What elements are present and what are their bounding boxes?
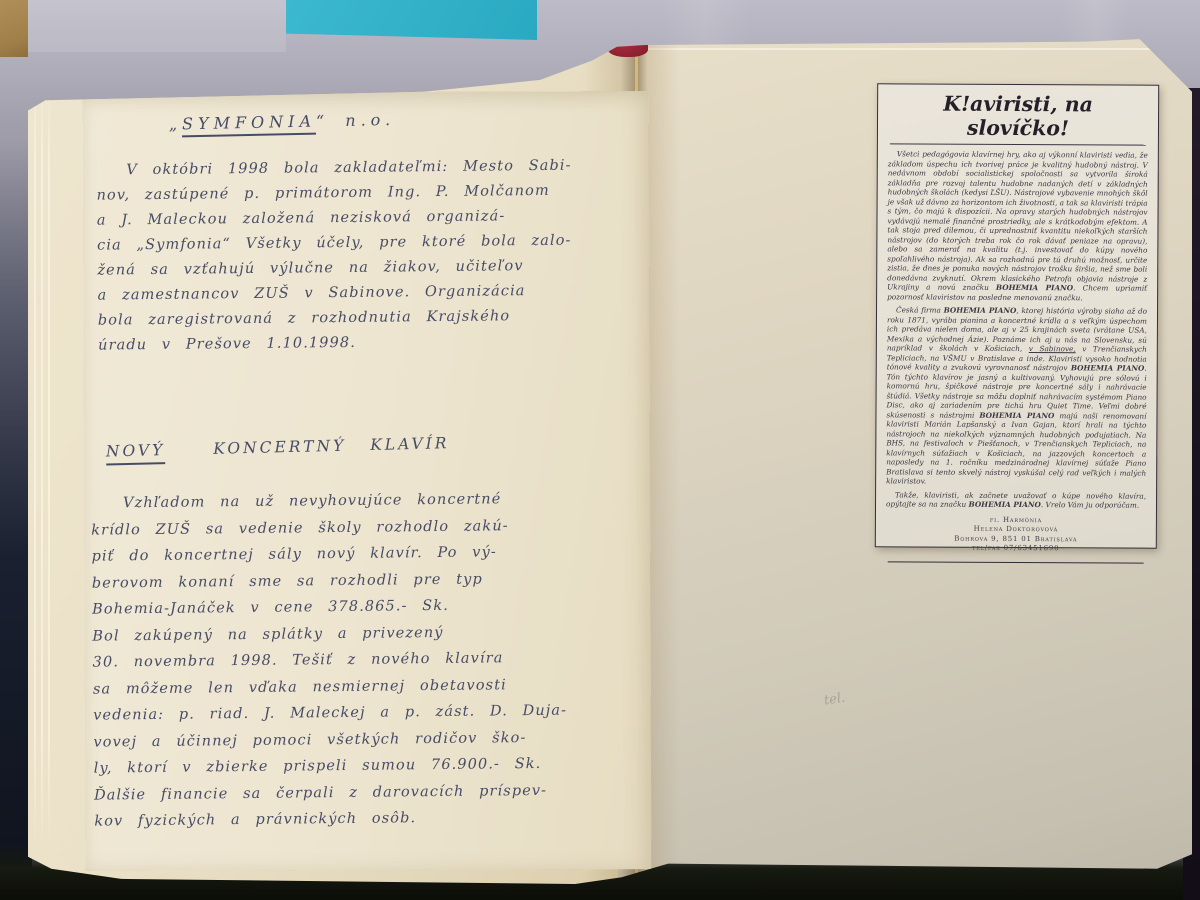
heading-word: NOVÝ — [106, 441, 166, 465]
photo-open-chronicle-book: „SYMFONIA“ n.o. V októbri 1998 bola zakl… — [0, 0, 1200, 900]
newspaper-clipping: K!aviristi, na slovíčko! Všetci pedagógo… — [875, 83, 1159, 548]
tan-paper-corner — [0, 0, 28, 57]
handwritten-paragraph-piano: Vzhľadom na už nevyhovujúce koncertné kr… — [91, 486, 569, 835]
clipping-text: v Trenčianskych Tepliciach, na VŠMU v Br… — [886, 344, 1147, 485]
handwritten-paragraph-founding: V októbri 1998 bola zakladateľmi: Mesto … — [96, 154, 573, 359]
handwriting-line: piť do koncertnej sály nový klavír. Po v… — [91, 539, 565, 570]
underlined-phrase-sabinov: v Sabinove, — [1029, 344, 1076, 353]
title-suffix: “ n.o. — [316, 110, 395, 131]
handwritten-title: „SYMFONIA“ n.o. — [169, 110, 396, 134]
shadow-left-edge — [0, 140, 32, 900]
clipping-paragraph-1: Všetci pedagógovia klavírnej hry, ako aj… — [887, 149, 1148, 302]
open-book: „SYMFONIA“ n.o. V októbri 1998 bola zakl… — [28, 34, 1192, 884]
page-stack-edge — [41, 77, 43, 851]
handwriting-line: Ďalšie financie sa čerpali z darovacích … — [94, 777, 568, 808]
clipping-paragraph-3: Takže, klaviristi, ak začnete uvažovať o… — [886, 490, 1146, 510]
handwriting-line: úradu v Prešove 1.10.1998. — [98, 329, 574, 359]
clipping-paragraph-2: Česká firma BOHEMIA PIANO, ktorej histór… — [886, 305, 1147, 487]
heading-rest: KONCERTNÝ KLAVÍR — [213, 434, 450, 458]
faint-pencil-note: tel. — [823, 691, 846, 709]
signature-phone: tel/fax 07/63451690 — [886, 544, 1146, 555]
clipping-headline: K!aviristi, na slovíčko! — [890, 91, 1146, 145]
light-paper-sheet — [18, 0, 286, 52]
handwriting-line: bola zaregistrovaná z rozhodnutia Krajsk… — [98, 304, 574, 334]
organization-name: SYMFONIA — [182, 112, 316, 138]
handwritten-heading-new-piano: NOVÝ KONCERTNÝ KLAVÍR — [106, 434, 450, 460]
cyan-note-paper — [286, 0, 537, 40]
page-stack-edge — [34, 68, 36, 850]
red-binding-sliver — [608, 41, 648, 57]
handwriting-line: kov fyzických a právnických osôb. — [94, 804, 568, 835]
handwritten-sheet: „SYMFONIA“ n.o. V októbri 1998 bola zakl… — [83, 91, 652, 871]
clipping-signature-block: fi. Harmónia Helena Doktorovová Bohrova … — [886, 515, 1146, 555]
page-stack-edge — [48, 85, 50, 850]
open-quote: „ — [169, 114, 183, 133]
